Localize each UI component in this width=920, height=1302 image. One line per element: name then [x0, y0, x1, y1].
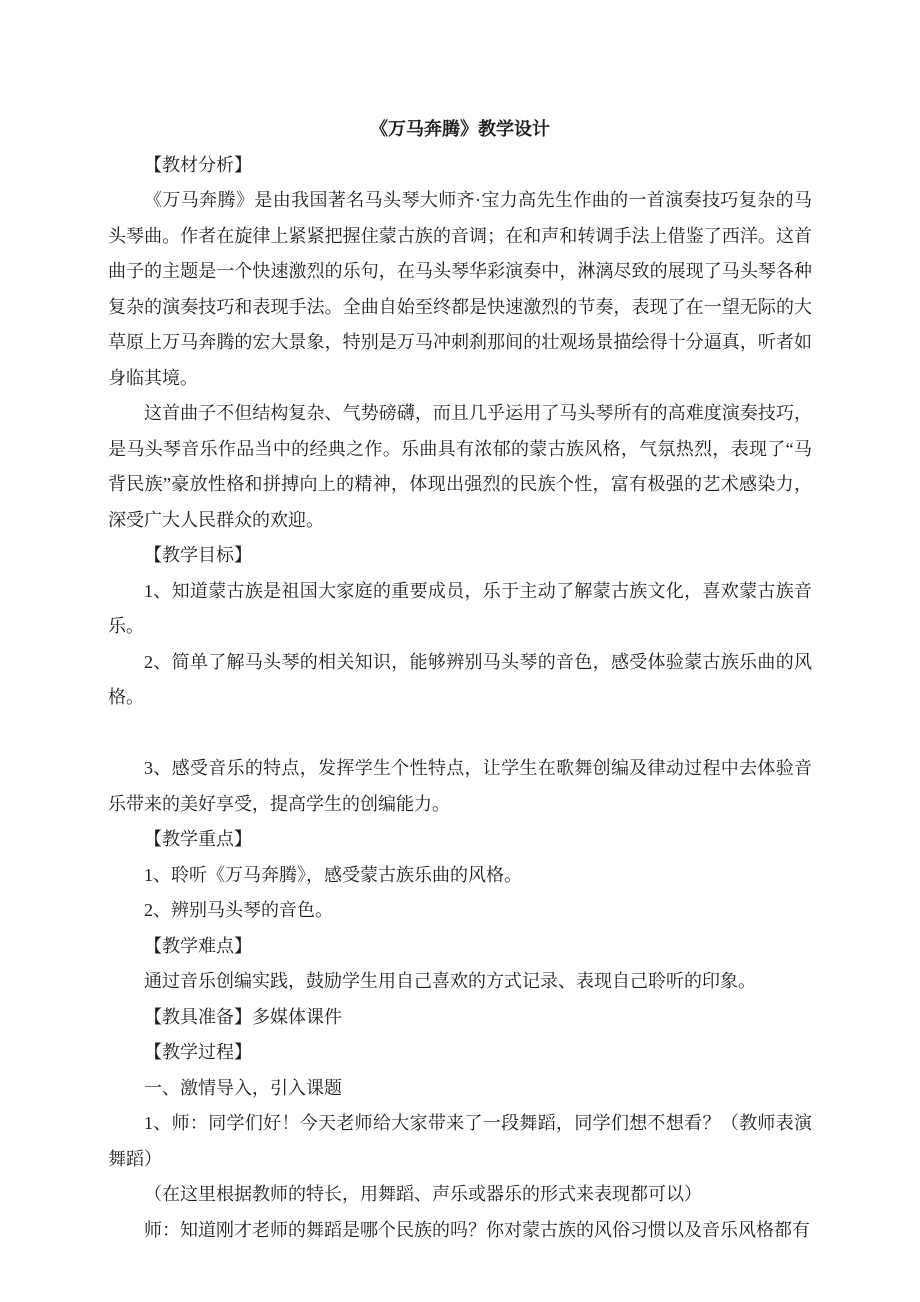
paragraph-material-analysis-2: 这首曲子不但结构复杂、气势磅礴，而且几乎运用了马头琴所有的高难度演奏技巧，是马头…	[108, 396, 812, 538]
heading-teaching-goals: 【教学目标】	[108, 538, 812, 574]
heading-teaching-process: 【教学过程】	[108, 1035, 812, 1071]
heading-difficult-points: 【教学难点】	[108, 929, 812, 965]
paragraph-difficult-point: 通过音乐创编实践，鼓励学生用自己喜欢的方式记录、表现自己聆听的印象。	[108, 964, 812, 1000]
document-page: 《万马奔腾》教学设计 【教材分析】 《万马奔腾》是由我国著名马头琴大师齐·宝力高…	[0, 0, 920, 1302]
paragraph-process-section-1: 一、激情导入，引入课题	[108, 1071, 812, 1107]
paragraph-process-teacher-question: 师：知道刚才老师的舞蹈是哪个民族的吗？你对蒙古族的风俗习惯以及音乐风格都有	[108, 1213, 812, 1249]
heading-material-analysis: 【教材分析】	[108, 148, 812, 184]
paragraph-process-note: （在这里根据教师的特长，用舞蹈、声乐或器乐的形式来表现都可以）	[108, 1177, 812, 1213]
paragraph-goal-2: 2、简单了解马头琴的相关知识，能够辨别马头琴的音色，感受体验蒙古族乐曲的风格。	[108, 645, 812, 716]
paragraph-goal-3: 3、感受音乐的特点，发挥学生个性特点，让学生在歌舞创编及律动过程中去体验音乐带来…	[108, 751, 812, 822]
blank-line	[108, 716, 812, 752]
paragraph-process-step-1: 1、师：同学们好！今天老师给大家带来了一段舞蹈，同学们想不想看？（教师表演舞蹈）	[108, 1106, 812, 1177]
heading-teaching-aids: 【教具准备】多媒体课件	[108, 1000, 812, 1036]
heading-key-points: 【教学重点】	[108, 822, 812, 858]
document-body: 《万马奔腾》教学设计 【教材分析】 《万马奔腾》是由我国著名马头琴大师齐·宝力高…	[108, 112, 812, 1248]
document-title: 《万马奔腾》教学设计	[108, 112, 812, 148]
paragraph-key-point-2: 2、辨别马头琴的音色。	[108, 893, 812, 929]
paragraph-material-analysis-1: 《万马奔腾》是由我国著名马头琴大师齐·宝力高先生作曲的一首演奏技巧复杂的马头琴曲…	[108, 183, 812, 396]
paragraph-goal-1: 1、知道蒙古族是祖国大家庭的重要成员，乐于主动了解蒙古族文化，喜欢蒙古族音乐。	[108, 574, 812, 645]
paragraph-key-point-1: 1、聆听《万马奔腾》，感受蒙古族乐曲的风格。	[108, 858, 812, 894]
